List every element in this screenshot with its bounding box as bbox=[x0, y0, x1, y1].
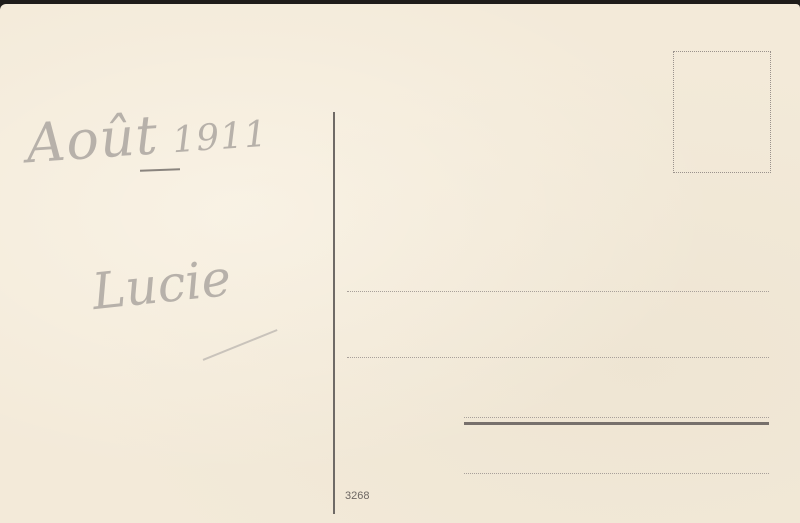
center-divider-line bbox=[333, 112, 335, 514]
address-line-1 bbox=[347, 291, 769, 292]
address-line-4 bbox=[464, 473, 769, 474]
handwritten-signature: Lucie bbox=[89, 249, 233, 321]
address-solid-rule bbox=[464, 422, 769, 425]
handwritten-date: Août1911 bbox=[24, 96, 269, 176]
stamp-placeholder-box bbox=[673, 51, 771, 173]
postcard-back: Août1911 Lucie 3268 bbox=[0, 4, 800, 523]
signature-flourish bbox=[203, 329, 278, 360]
address-line-3 bbox=[464, 417, 769, 418]
publisher-number: 3268 bbox=[345, 490, 369, 502]
date-underline bbox=[140, 168, 180, 171]
address-line-2 bbox=[347, 357, 769, 358]
handwritten-month: Août bbox=[24, 103, 160, 175]
handwritten-year: 1911 bbox=[171, 114, 269, 162]
